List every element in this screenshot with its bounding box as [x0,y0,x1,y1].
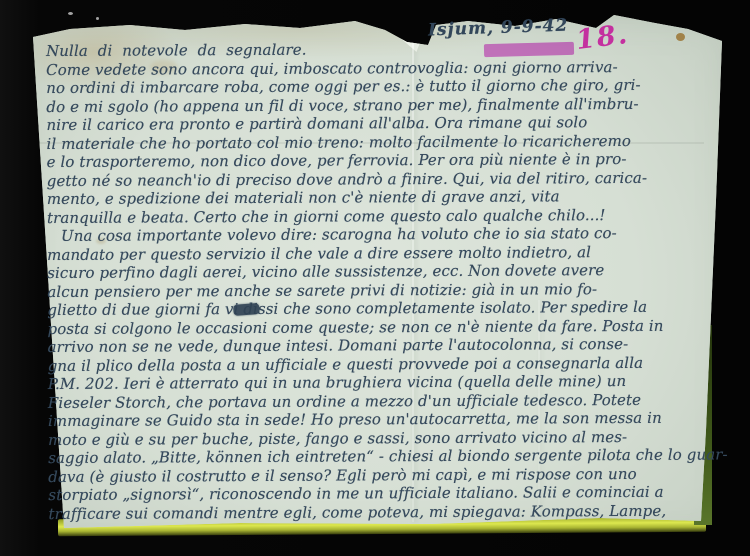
ink-scribble [233,303,260,316]
letter-line: do e mi sgolo (ho appena un fil di voce,… [46,94,714,116]
letter-body: Nulla di notevole da segnalare. Come ved… [46,39,717,523]
page-number-annotation: 18. [574,19,630,56]
letter-line: Una cosa importante volevo dire: scarogn… [47,223,715,245]
letter-line: getto né so neanch'io di preciso dove an… [47,168,715,190]
pink-highlight-mark [484,42,574,57]
letter-line: trafficare sui comandi mentre egli, come… [48,501,716,523]
scan-background: Nulla di notevole da segnalare. Come ved… [0,0,750,556]
dust-speck [96,17,99,20]
dust-speck [68,12,73,15]
